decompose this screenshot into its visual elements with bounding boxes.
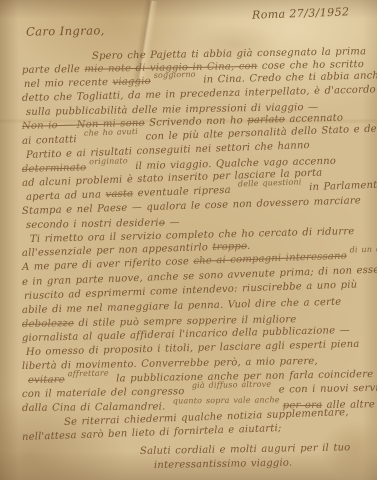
text-segment: aperta ad una <box>26 189 106 203</box>
text-segment: e con i nuovi servizi <box>274 383 377 396</box>
struck-text: o <box>159 218 165 229</box>
struck-text: evitare <box>28 375 65 387</box>
struck-text: viaggio <box>112 76 150 88</box>
struck-text: determinato <box>22 162 87 175</box>
inserted-text: quanto sopra vale anche <box>173 396 280 406</box>
text-segment: interessantissimo viaggio. <box>154 457 293 470</box>
text-segment: — <box>165 217 180 228</box>
text-segment: secondo i nostri desideri <box>26 218 159 231</box>
text-segment: nell'attesa sarò ben lieto di fornirtela… <box>22 422 282 442</box>
text-segment: parte delle <box>22 64 85 76</box>
letter-body: Spero che Pajetta ti abbia già consegnat… <box>22 50 367 473</box>
struck-text: vasta <box>105 188 133 200</box>
inserted-text: già diffuso altrove <box>192 380 272 390</box>
text-segment: . <box>247 241 251 252</box>
struck-text: troppo <box>212 241 247 253</box>
struck-text: debolezze <box>22 318 74 330</box>
text-segment: nel mio recente <box>24 77 113 90</box>
text-segment: eventuale ripresa <box>133 185 235 200</box>
date-line: Roma 27/3/1952 <box>252 5 350 21</box>
scanned-letter-page: Roma 27/3/1952 Caro Ingrao, Spero che Pa… <box>0 0 377 480</box>
text-segment: Saluti cordiali e molti auguri per il tu… <box>140 442 351 457</box>
text-segment: ai contatti <box>22 134 82 147</box>
inserted-text: soggiorno <box>154 70 196 80</box>
letter-line: interessantissimo viaggio. <box>154 455 367 473</box>
inserted-text: originato <box>89 156 128 166</box>
inserted-text: delle questioni <box>238 177 302 188</box>
text-segment: con il materiale del congresso <box>22 386 189 400</box>
inserted-text: affrettare <box>68 369 109 379</box>
text-segment: in Parlamento, nella <box>305 178 377 193</box>
inserted-text: che ho avuti <box>84 127 138 138</box>
struck-text: parlato <box>247 115 285 127</box>
inserted-text: di un certo interesse <box>349 243 377 255</box>
salutation: Caro Ingrao, <box>26 23 105 38</box>
